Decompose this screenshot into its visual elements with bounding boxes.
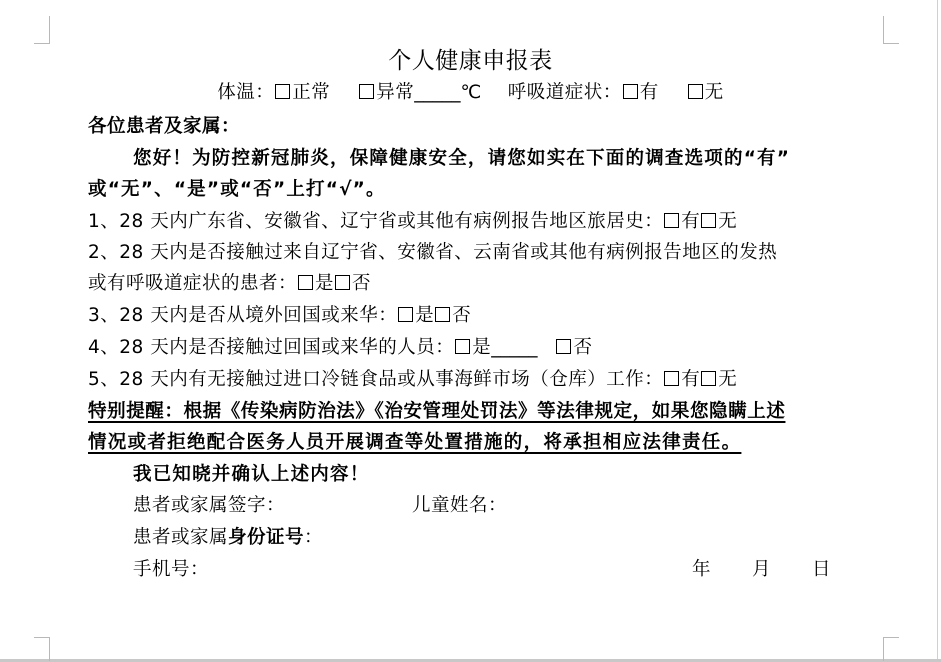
id-label-bold: 身份证号 (228, 527, 304, 548)
checkbox-q3-yes[interactable] (398, 307, 413, 322)
question-4-text: 4、28 天内是否接触过回国或来华的人员： (88, 337, 454, 358)
question-1: 1、28 天内广东省、安徽省、辽宁省或其他有病例报告地区旅居史：有无 (88, 210, 737, 234)
checkbox-q1-no[interactable] (701, 213, 716, 228)
greeting: 各位患者及家属： (88, 115, 240, 139)
crop-mark-top-left-h (34, 43, 50, 44)
checkbox-q2-yes[interactable] (298, 275, 313, 290)
q3-yes-label: 是 (415, 305, 434, 326)
checkbox-resp-yes[interactable] (623, 84, 638, 99)
crop-mark-top-right-h (883, 43, 899, 44)
temp-unit: ℃ (460, 82, 481, 103)
temp-value-blank[interactable]: _____ (414, 82, 460, 103)
child-name-field[interactable] (522, 494, 822, 518)
question-5: 5、28 天内有无接触过进口冷链食品或从事海鲜市场（仓库）工作：有无 (88, 368, 737, 392)
warning-line-1: 特别提醒：根据《传染病防治法》《治安管理处罚法》等法律规定，如果您隐瞒上述 (88, 400, 785, 424)
temperature-label: 体温： (217, 82, 274, 103)
q1-no-label: 无 (718, 211, 737, 232)
question-2-text-2: 或有呼吸道症状的患者： (88, 273, 297, 294)
temperature-row: 体温：正常异常_____℃呼吸道症状：有无 (0, 81, 941, 105)
checkbox-q1-yes[interactable] (664, 213, 679, 228)
warning-line-2: 情况或者拒绝配合医务人员开展调查等处置措施的，将承担相应法律责任。 (88, 431, 741, 455)
page-title: 个人健康申报表 (0, 47, 941, 75)
phone-label: 手机号： (133, 558, 209, 582)
q5-no-label: 无 (718, 369, 737, 390)
child-name-label: 儿童姓名： (412, 494, 507, 518)
date-year-label: 年 (692, 558, 711, 582)
crop-mark-bottom-left-h (34, 637, 50, 638)
resp-yes-label: 有 (640, 82, 659, 103)
checkbox-resp-no[interactable] (688, 84, 703, 99)
checkbox-temp-normal[interactable] (275, 84, 290, 99)
question-4: 4、28 天内是否接触过回国或来华的人员：是_____否 (88, 336, 592, 360)
crop-mark-bottom-right-h (883, 637, 899, 638)
intro-line-2: 或“无”、“是”或“否”上打“√”。 (88, 178, 386, 202)
temp-normal-label: 正常 (292, 82, 330, 103)
date-day-label: 日 (812, 558, 831, 582)
resp-symptom-label: 呼吸道症状： (508, 82, 622, 103)
signer-field[interactable] (310, 494, 405, 518)
id-number-field[interactable] (350, 526, 820, 550)
q2-yes-label: 是 (315, 273, 334, 294)
q5-yes-label: 有 (681, 369, 700, 390)
id-number-row: 患者或家属身份证号： (133, 526, 323, 550)
q3-no-label: 否 (452, 305, 471, 326)
q4-yes-label: 是 (472, 337, 491, 358)
question-5-text: 5、28 天内有无接触过进口冷链食品或从事海鲜市场（仓库）工作： (88, 369, 663, 390)
crop-mark-bottom-left-v (49, 637, 50, 661)
question-1-text: 1、28 天内广东省、安徽省、辽宁省或其他有病例报告地区旅居史： (88, 211, 663, 232)
signer-label: 患者或家属签字： (133, 494, 285, 518)
checkbox-q2-no[interactable] (335, 275, 350, 290)
q1-yes-label: 有 (681, 211, 700, 232)
checkbox-q5-yes[interactable] (664, 371, 679, 386)
question-2-line-1: 2、28 天内是否接触过来自辽宁省、安徽省、云南省或其他有病例报告地区的发热 (88, 241, 777, 265)
resp-no-label: 无 (705, 82, 724, 103)
crop-mark-bottom-right-v (883, 637, 884, 661)
checkbox-q5-no[interactable] (701, 371, 716, 386)
id-label-suffix: ： (304, 527, 323, 548)
crop-mark-top-left-v (49, 16, 50, 44)
id-label-prefix: 患者或家属 (133, 527, 228, 548)
checkbox-q4-no[interactable] (556, 339, 571, 354)
intro-line-1: 您好！为防控新冠肺炎，保障健康安全，请您如实在下面的调查选项的“有” (133, 147, 790, 171)
checkbox-q4-yes[interactable] (455, 339, 470, 354)
confirm-text: 我已知晓并确认上述内容！ (133, 463, 369, 487)
question-2-line-2: 或有呼吸道症状的患者：是否 (88, 272, 371, 296)
question-3: 3、28 天内是否从境外回国或来华：是否 (88, 304, 471, 328)
checkbox-q3-no[interactable] (435, 307, 450, 322)
q4-blank[interactable]: _____ (491, 337, 537, 358)
date-month-label: 月 (752, 558, 771, 582)
phone-field[interactable] (222, 558, 662, 582)
checkbox-temp-abnormal[interactable] (359, 84, 374, 99)
q2-no-label: 否 (352, 273, 371, 294)
crop-mark-top-right-v (883, 16, 884, 44)
temp-abnormal-label: 异常 (376, 82, 414, 103)
question-3-text: 3、28 天内是否从境外回国或来华： (88, 305, 397, 326)
q4-no-label: 否 (573, 337, 592, 358)
